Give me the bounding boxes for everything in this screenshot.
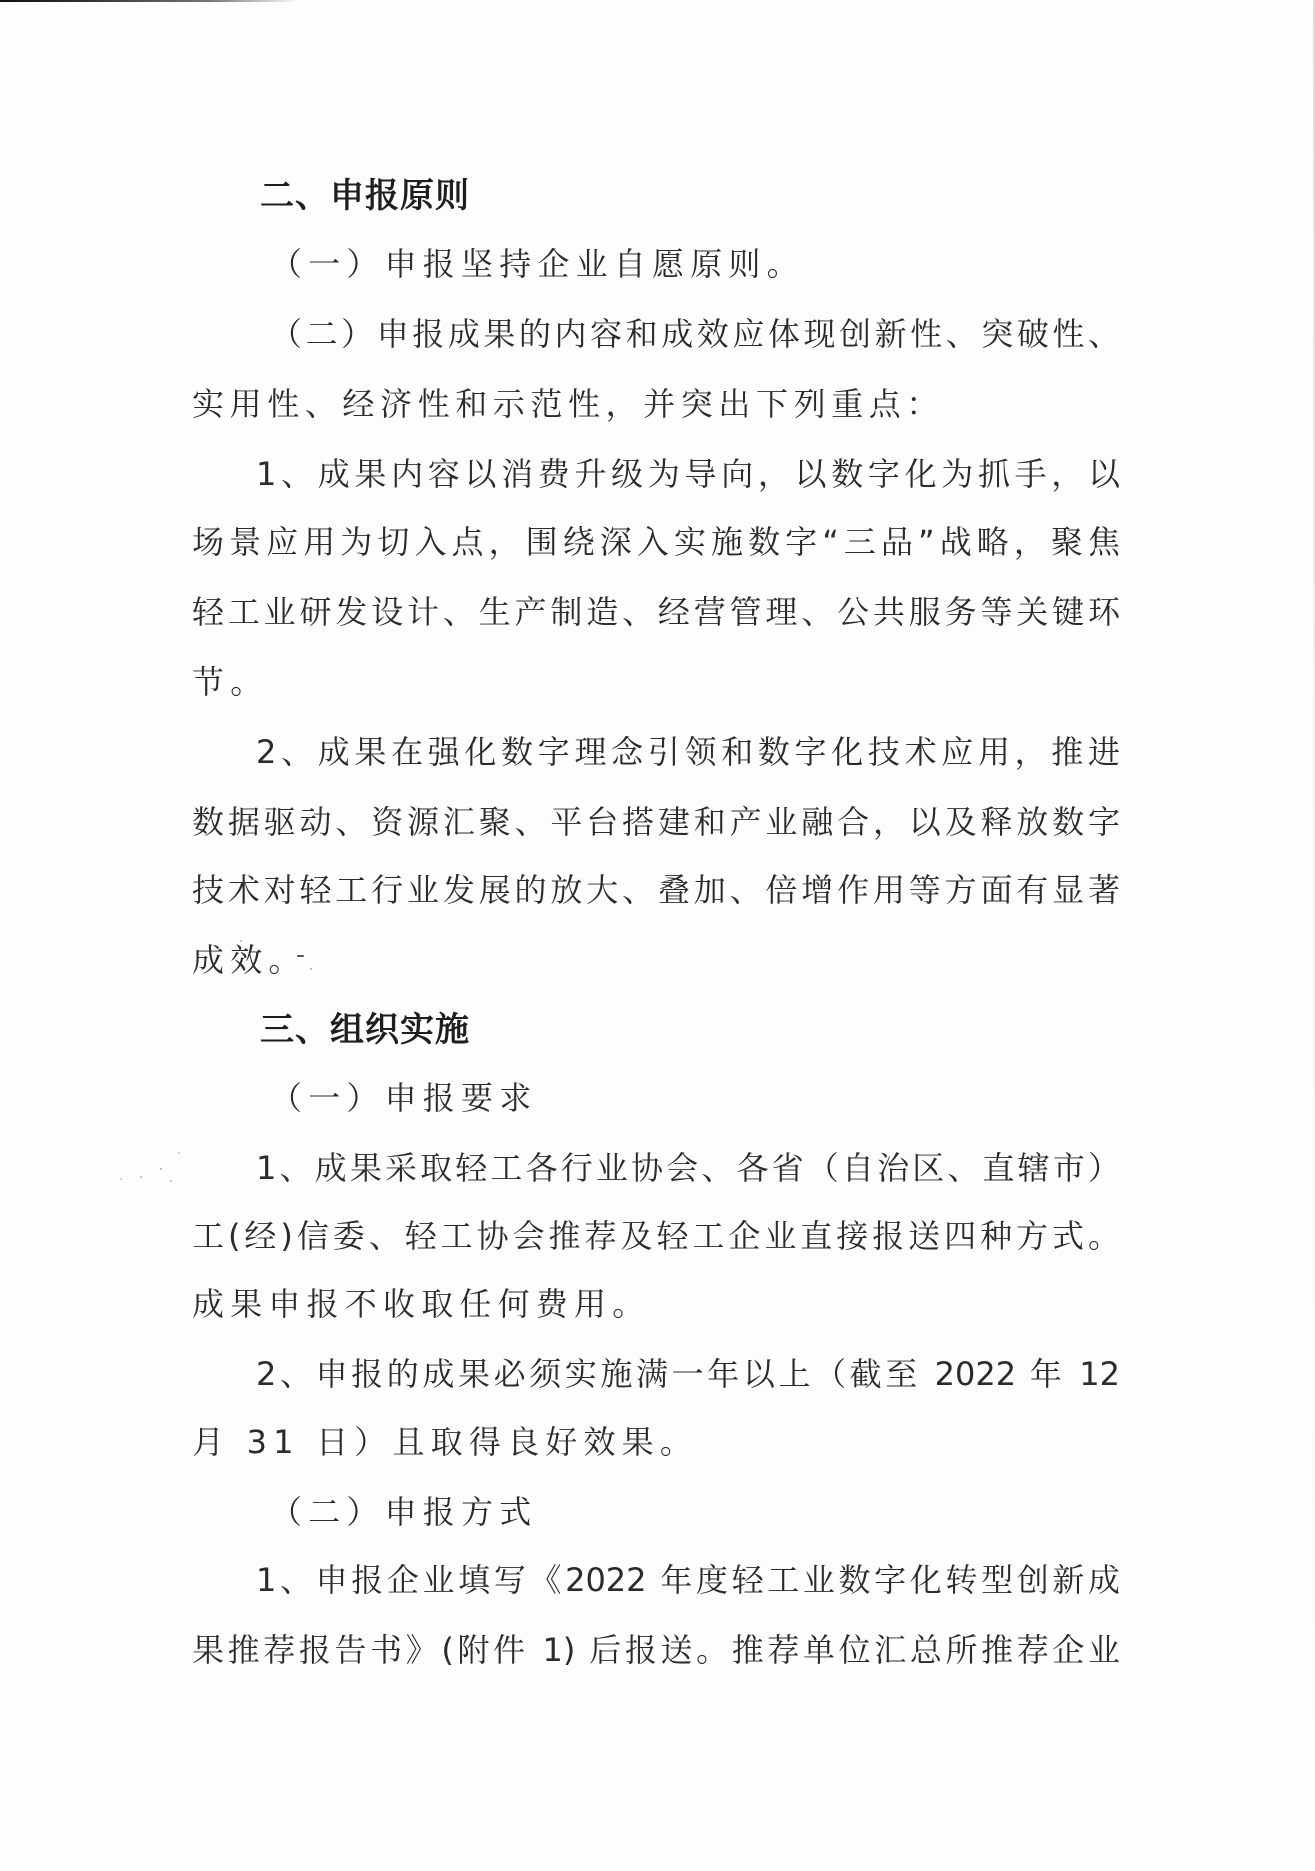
paragraph-line: 果推荐报告书》(附件 1) 后报送。推荐单位汇总所推荐企业 xyxy=(192,1628,1120,1672)
scan-speck xyxy=(178,1152,180,1154)
scan-speck xyxy=(140,1176,142,1178)
paragraph-line: 2、申报的成果必须实施满一年以上（截至 2022 年 12 xyxy=(192,1352,1120,1396)
paragraph-line: 数据驱动、资源汇聚、平台搭建和产业融合，以及释放数字 xyxy=(192,800,1120,844)
paragraph-line: 轻工业研发设计、生产制造、经营管理、公共服务等关键环 xyxy=(192,590,1120,634)
subsection-heading: （一）申报要求 xyxy=(192,1076,1120,1120)
paragraph-line: 月 31 日）且取得良好效果。 xyxy=(192,1420,1120,1464)
paragraph-line: 1、成果采取轻工各行业协会、各省（自治区、直辖市） xyxy=(192,1146,1120,1190)
paragraph-line: 场景应用为切入点，围绕深入实施数字“三品”战略，聚焦 xyxy=(192,520,1120,564)
scan-speck xyxy=(120,1178,122,1180)
paragraph-line: 2、成果在强化数字理念引领和数字化技术应用，推进 xyxy=(192,730,1120,774)
paragraph-line: 实用性、经济性和示范性，并突出下列重点： xyxy=(192,382,1120,426)
paragraph-line: 成果申报不收取任何费用。 xyxy=(192,1282,1120,1326)
paragraph-line: 节。 xyxy=(192,660,1120,704)
paragraph-line: （二）申报成果的内容和成效应体现创新性、突破性、 xyxy=(192,312,1120,356)
paragraph-line: 1、成果内容以消费升级为导向，以数字化为抓手，以 xyxy=(192,452,1120,496)
section-heading-implementation: 三、组织实施 xyxy=(260,1008,470,1052)
paragraph-line: 成效。 xyxy=(192,938,1120,982)
section-heading-principles: 二、申报原则 xyxy=(260,174,470,218)
scan-edge-top xyxy=(0,0,300,2)
scan-speck xyxy=(240,940,242,942)
paragraph-line: 工(经)信委、轻工协会推荐及轻工企业直接报送四种方式。 xyxy=(192,1214,1120,1258)
scan-speck xyxy=(160,1168,162,1170)
scan-speck xyxy=(310,968,312,970)
subsection-heading: （二）申报方式 xyxy=(192,1490,1120,1534)
paragraph-line: 1、申报企业填写《2022 年度轻工业数字化转型创新成 xyxy=(192,1558,1120,1602)
scan-speck xyxy=(297,955,304,957)
paragraph-line: （一）申报坚持企业自愿原则。 xyxy=(192,242,1120,286)
scan-speck xyxy=(170,1180,172,1182)
paragraph-line: 技术对轻工行业发展的放大、叠加、倍增作用等方面有显著 xyxy=(192,868,1120,912)
